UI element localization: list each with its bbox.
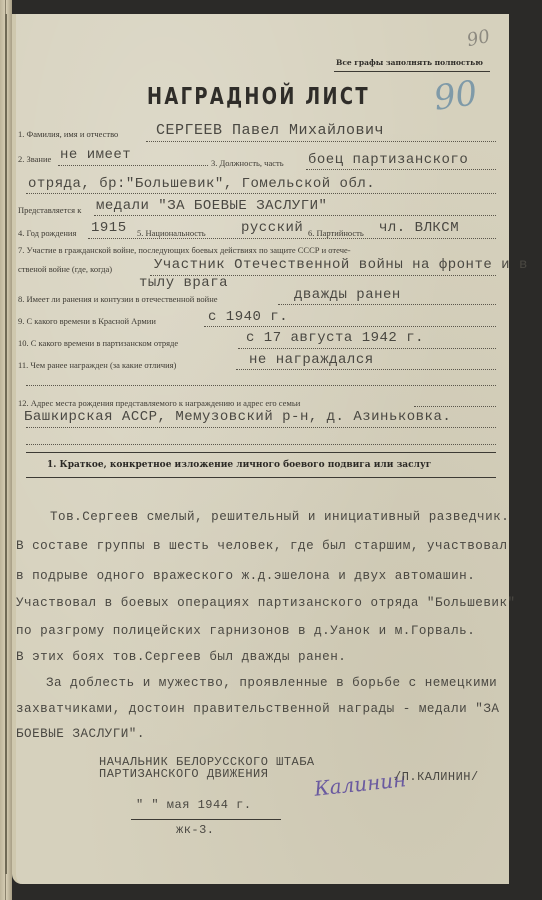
section-heading: 1. Краткое, конкретное изложение личного… bbox=[47, 460, 431, 470]
signatory-name: /П.КАЛИНИН/ bbox=[394, 770, 479, 784]
field-value-address: Башкирская АССР, Мемузовский р-н, д. Ази… bbox=[24, 409, 451, 425]
field-value-nationality: русский bbox=[241, 220, 303, 236]
field-value-red-army: с 1940 г. bbox=[208, 309, 288, 325]
page-edge bbox=[5, 14, 7, 874]
field-value-nominated: медали "ЗА БОЕВЫЕ ЗАСЛУГИ" bbox=[96, 198, 327, 214]
field-line bbox=[146, 141, 496, 142]
field-label-previous-awards: 11. Чем ранее награжден (за какие отличи… bbox=[18, 360, 176, 370]
field-value-partisan: с 17 августа 1942 г. bbox=[246, 330, 424, 346]
field-value-war-line1: Участник Отечественной войны на фронте и… bbox=[154, 257, 528, 273]
field-value-party: чл. ВЛКСМ bbox=[379, 220, 459, 236]
section-rule-top bbox=[26, 452, 496, 453]
field-label-partisan: 10. С какого времени в партизанском отря… bbox=[18, 338, 178, 348]
field-label-nominated: Представляется к bbox=[18, 205, 81, 215]
narrative-line: в подрыве одного вражеского ж.д.эшелона … bbox=[16, 569, 475, 583]
date-underline bbox=[131, 819, 281, 820]
field-label-nationality: 5. Национальность bbox=[137, 228, 206, 238]
copy-mark: жк-3. bbox=[176, 823, 215, 837]
narrative-line: Тов.Сергеев смелый, решительный и инициа… bbox=[50, 510, 509, 524]
archive-blue-number: 90 bbox=[431, 73, 479, 119]
narrative-line: В составе группы в шесть человек, где бы… bbox=[16, 539, 508, 553]
field-label-position: 3. Должность, часть bbox=[211, 158, 284, 168]
field-label-address: 12. Адрес места рождения представляемого… bbox=[18, 398, 300, 408]
field-label-wounds: 8. Имеет ли ранения и контузии в отечест… bbox=[18, 294, 218, 304]
narrative-line: захватчиками, достоин правительственной … bbox=[16, 702, 499, 716]
signature-date: " " мая 1944 г. bbox=[136, 798, 252, 812]
field-line bbox=[26, 385, 496, 386]
field-label-war-line2: ственой войне (где, когда) bbox=[18, 264, 112, 274]
field-line bbox=[236, 369, 496, 370]
field-value-rank: не имеет bbox=[60, 147, 131, 163]
field-value-position-line1: боец партизанского bbox=[308, 152, 468, 168]
field-label-rank: 2. Звание bbox=[18, 154, 51, 164]
narrative-line: В этих боях тов.Сергеев был дважды ранен… bbox=[16, 650, 346, 664]
field-label-party: 6. Партийность bbox=[308, 228, 364, 238]
field-line bbox=[26, 427, 496, 428]
field-label-red-army: 9. С какого времени в Красной Армии bbox=[18, 316, 156, 326]
field-line bbox=[94, 215, 496, 216]
narrative-line: За доблесть и мужество, проявленные в бо… bbox=[46, 676, 497, 690]
field-value-wounds: дважды ранен bbox=[294, 287, 401, 303]
field-label-war-line1: 7. Участие в гражданской войне, последую… bbox=[18, 245, 351, 255]
field-value-birth-year: 1915 bbox=[91, 220, 127, 236]
field-line bbox=[238, 348, 496, 349]
field-value-war-line2: тылу врага bbox=[139, 275, 228, 291]
field-line bbox=[204, 326, 496, 327]
narrative-line: по разгрому полицейских гарнизонов в д.У… bbox=[16, 624, 475, 638]
header-note: Все графы заполнять полностью bbox=[336, 58, 483, 67]
section-rule-bottom bbox=[26, 477, 496, 478]
archive-page-number: 90 bbox=[465, 26, 492, 51]
field-line bbox=[58, 165, 208, 166]
field-line bbox=[26, 444, 496, 445]
field-value-previous-awards: не награждался bbox=[249, 352, 374, 368]
field-line bbox=[26, 193, 496, 194]
field-label-birth-year: 4. Год рождения bbox=[18, 228, 76, 238]
narrative-line: БОЕВЫЕ ЗАСЛУГИ". bbox=[16, 727, 145, 741]
field-value-position-line2: отряда, бр:"Большевик", Гомельской обл. bbox=[28, 176, 375, 192]
page-title: НАГРАДНОЙ ЛИСТ bbox=[147, 84, 370, 110]
field-line bbox=[88, 238, 496, 239]
field-line bbox=[278, 304, 496, 305]
header-note-underline bbox=[334, 71, 490, 72]
narrative-line: Участвовал в боевых операциях партизанск… bbox=[16, 596, 516, 610]
field-value-name: СЕРГЕЕВ Павел Михайлович bbox=[156, 122, 384, 139]
field-line bbox=[306, 169, 496, 170]
field-label-name: 1. Фамилия, имя и отчество bbox=[18, 129, 118, 139]
signatory-title-line2: ПАРТИЗАНСКОГО ДВИЖЕНИЯ bbox=[99, 767, 268, 781]
award-sheet-page: 90 90 Все графы заполнять полностью НАГР… bbox=[12, 14, 509, 884]
field-line bbox=[414, 406, 496, 407]
